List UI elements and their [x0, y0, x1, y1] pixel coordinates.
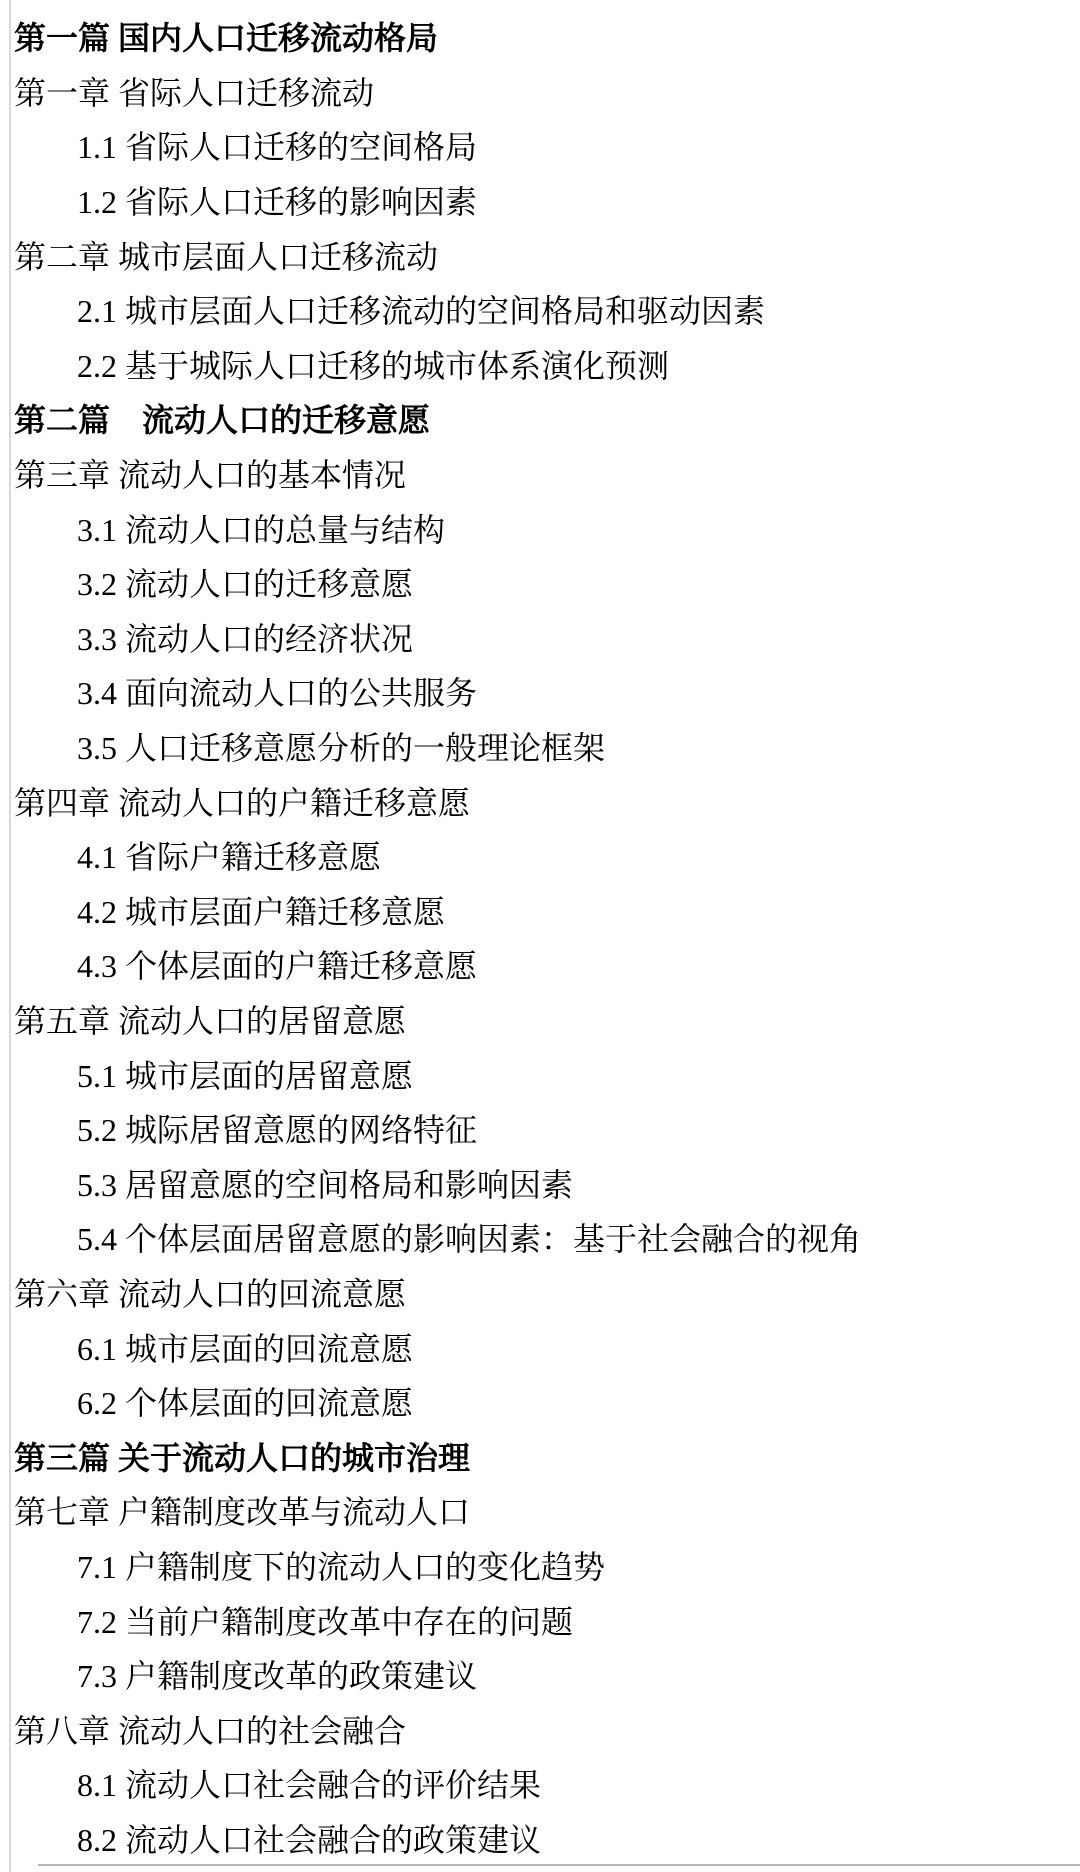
toc-section-item: 6.2 个体层面的回流意愿: [0, 1376, 1080, 1431]
document-page: { "page": { "background_color": "#ffffff…: [0, 0, 1080, 1872]
toc-chapter-heading: 第八章 流动人口的社会融合: [0, 1703, 1080, 1758]
toc-section-item: 6.1 城市层面的回流意愿: [0, 1321, 1080, 1376]
toc-section-item: 5.4 个体层面居留意愿的影响因素：基于社会融合的视角: [0, 1212, 1080, 1267]
toc-section-item: 1.2 省际人口迁移的影响因素: [0, 175, 1080, 230]
table-of-contents: 第一篇 国内人口迁移流动格局第一章 省际人口迁移流动1.1 省际人口迁移的空间格…: [0, 0, 1080, 1867]
toc-section-item: 4.3 个体层面的户籍迁移意愿: [0, 939, 1080, 994]
toc-chapter-heading: 第一章 省际人口迁移流动: [0, 66, 1080, 121]
toc-chapter-heading: 第三章 流动人口的基本情况: [0, 448, 1080, 503]
toc-section-item: 3.5 人口迁移意愿分析的一般理论框架: [0, 721, 1080, 776]
toc-section-item: 3.2 流动人口的迁移意愿: [0, 557, 1080, 612]
toc-section-item: 7.1 户籍制度下的流动人口的变化趋势: [0, 1540, 1080, 1595]
toc-section-item: 2.2 基于城际人口迁移的城市体系演化预测: [0, 339, 1080, 394]
toc-section-item: 8.1 流动人口社会融合的评价结果: [0, 1758, 1080, 1813]
toc-part-heading: 第三篇 关于流动人口的城市治理: [0, 1430, 1080, 1485]
toc-section-item: 1.1 省际人口迁移的空间格局: [0, 120, 1080, 175]
toc-section-item: 5.2 城际居留意愿的网络特征: [0, 1103, 1080, 1158]
toc-part-heading: 第一篇 国内人口迁移流动格局: [0, 11, 1080, 66]
toc-section-item: 7.3 户籍制度改革的政策建议: [0, 1649, 1080, 1704]
toc-part-heading: 第二篇 流动人口的迁移意愿: [0, 393, 1080, 448]
toc-section-item: 3.1 流动人口的总量与结构: [0, 502, 1080, 557]
toc-section-item: 7.2 当前户籍制度改革中存在的问题: [0, 1594, 1080, 1649]
bottom-divider: [38, 1864, 1080, 1866]
toc-section-item: 5.3 居留意愿的空间格局和影响因素: [0, 1157, 1080, 1212]
toc-section-item: 2.1 城市层面人口迁移流动的空间格局和驱动因素: [0, 284, 1080, 339]
toc-chapter-heading: 第二章 城市层面人口迁移流动: [0, 229, 1080, 284]
toc-chapter-heading: 第六章 流动人口的回流意愿: [0, 1267, 1080, 1322]
toc-section-item: 4.1 省际户籍迁移意愿: [0, 830, 1080, 885]
toc-chapter-heading: 第七章 户籍制度改革与流动人口: [0, 1485, 1080, 1540]
toc-section-item: 3.4 面向流动人口的公共服务: [0, 666, 1080, 721]
toc-chapter-heading: 第五章 流动人口的居留意愿: [0, 994, 1080, 1049]
toc-section-item: 3.3 流动人口的经济状况: [0, 612, 1080, 667]
toc-chapter-heading: 第四章 流动人口的户籍迁移意愿: [0, 775, 1080, 830]
toc-section-item: 5.1 城市层面的居留意愿: [0, 1048, 1080, 1103]
toc-section-item: 4.2 城市层面户籍迁移意愿: [0, 885, 1080, 940]
toc-section-item: 8.2 流动人口社会融合的政策建议: [0, 1813, 1080, 1868]
